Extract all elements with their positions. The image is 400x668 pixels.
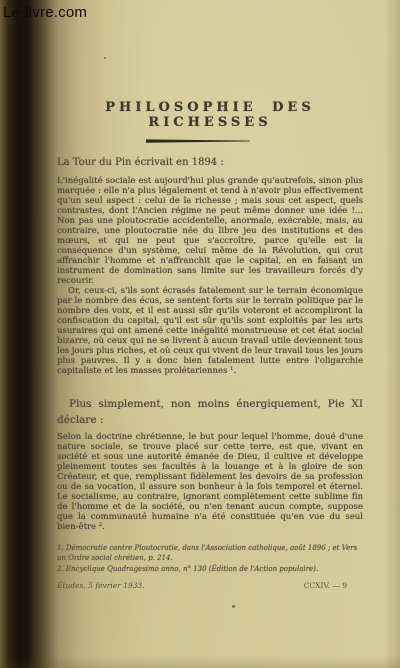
page-speck [232,605,235,608]
page-right-edge-shade [384,0,400,668]
page-speck [104,57,106,59]
page-speck [341,262,343,264]
watermark-text: Le-livre.com [3,4,87,21]
article-title: PHILOSOPHIE DES RICHESSES [57,100,363,130]
title-rule-bar [146,139,250,143]
footer-signature-mark: CCXIV. — 9 [304,581,347,590]
footer-journal-date: Études, 5 février 1933. [57,581,145,590]
quote1-paragraph-1: L'inégalité sociale est aujourd'hui plus… [57,176,363,286]
footnote-2: 2. Encyclique Quadragesimo anno, n° 130 … [57,565,363,575]
page-footer: Études, 5 février 1933. CCXIV. — 9 [57,581,363,590]
scan-page: Le-livre.com PHILOSOPHIE DES RICHESSES L… [0,0,400,668]
quote2-block: Selon la doctrine chrétienne, le but pou… [57,432,363,532]
page-bottom-edge-shade [0,656,400,668]
footnote-1: 1. Démocratie contre Ploutocratie, dans … [57,544,363,563]
quote2-paragraph: Selon la doctrine chrétienne, le but pou… [57,432,363,532]
title-rule [57,139,363,143]
quote1-paragraph-2: Or, ceux-ci, s'ils sont écrasés fataleme… [57,286,363,376]
intro-line: La Tour du Pin écrivait en 1894 : [57,157,363,168]
quote1-block: L'inégalité sociale est aujourd'hui plus… [57,176,363,376]
transition-line: Plus simplement, non moins énergiquement… [57,397,363,428]
footnotes-block: 1. Démocratie contre Ploutocratie, dans … [57,544,363,575]
